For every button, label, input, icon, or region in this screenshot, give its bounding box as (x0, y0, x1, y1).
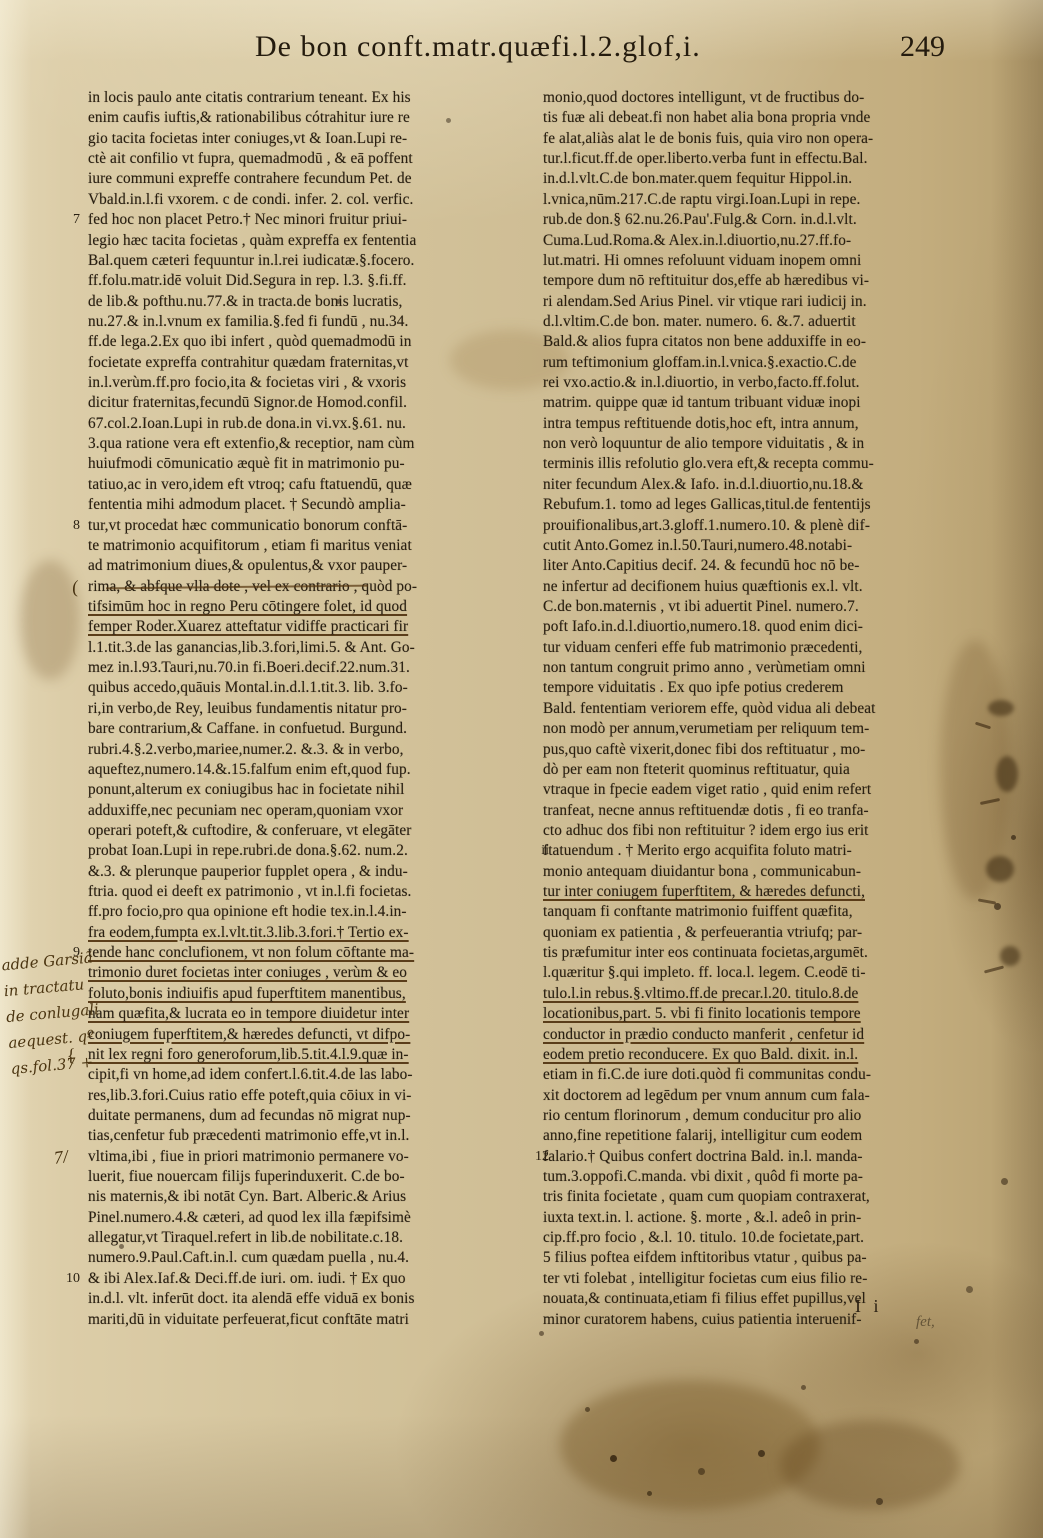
text-line: liter Anto.Capitius decif. 24. & fecundū… (543, 556, 1005, 576)
text-line: tur,vt procedat hæc communicatio bonorum… (88, 516, 540, 536)
text-line: ctè ait confilio vt fupra, quemadmodū , … (88, 149, 540, 169)
text-line: dicitur fraternitas,fecundū Signor.de Ho… (88, 393, 540, 413)
marginal-note: adde Garsiãin tractatude conlugaliaeques… (1, 944, 108, 1082)
text-line: monio,quod doctores intelligunt, vt de f… (543, 88, 1005, 108)
text-line: probat Ioan.Lupi in repe.rubri.de dona.§… (88, 841, 540, 861)
handwritten-mark: ( (71, 576, 80, 598)
text-line: & ibi Alex.Iaf.& Deci.ff.de iuri. om. iu… (88, 1269, 540, 1289)
text-line: mez in.l.93.Tauri,nu.70.in fi.Boeri.deci… (88, 658, 540, 678)
text-line: ff.folu.matr.idē voluit Did.Segura in re… (88, 271, 540, 291)
text-line: legio hæc tacita focietas , quàm expreff… (88, 231, 540, 251)
catchword: fet, (916, 1314, 935, 1331)
text-line: ter vti folebat , intelligitur focietas … (543, 1269, 1005, 1289)
text-line: tur viduam cenferi effe fub matrimonio p… (543, 638, 1005, 658)
text-line: tranfeat, necne annus reftituendæ dotis … (543, 801, 1005, 821)
text-line: non modò per annum,verumetiam per reliqu… (543, 719, 1005, 739)
text-line: ri,in verbo,de Rey, leuibus fundamentis … (88, 699, 540, 719)
text-line: Bald. fententiam veriorem effe, quòd vid… (543, 699, 1005, 719)
text-line: bare contrarium,& Caffane. in confuetud.… (88, 719, 540, 739)
text-line: ff.de lega.2.Ex quo ibi infert , quòd qu… (88, 332, 540, 352)
text-line: vltima,ibi , fiue in priori matrimonio p… (88, 1147, 540, 1167)
stain (560, 1380, 820, 1510)
text-line: ftria. quod ei deeft ex patrimonio , vt … (88, 882, 540, 902)
margin-paragraph-number: ii (523, 843, 549, 859)
margin-paragraph-number: 12 (523, 1149, 549, 1165)
text-line: fententia mihi admodum placet. † Secundò… (88, 495, 540, 515)
text-line: huiufmodi cōmunicatio æquè fit in matrim… (88, 454, 540, 474)
text-line: fra eodem,fumpta ex.l.vlt.tit.3.lib.3.fo… (88, 923, 540, 943)
handwritten-mark: 7/ (53, 1146, 70, 1169)
text-line: in.d.l. vlt. inferūt doct. ita alendā ef… (88, 1289, 540, 1309)
text-line: l.quæritur §.qui impleto. ff. loca.l. le… (543, 963, 1005, 983)
text-line: anno,fine repetitione falarij, intelligi… (543, 1126, 1005, 1146)
text-line: niter fecundum Alex.& Iafo. in.d.l.diuor… (543, 475, 1005, 495)
text-line: coniugem fuperftitem,& hæredes defuncti,… (88, 1025, 540, 1045)
text-line: ponunt,alterum ex coniugibus hac in foci… (88, 780, 540, 800)
text-line: ad matrimonium diues,& opulentus,& vxor … (88, 556, 540, 576)
text-line: tis præfumitur inter eos continuata foci… (543, 943, 1005, 963)
text-line: eodem pretio reconducere. Ex quo Bald. d… (543, 1045, 1005, 1065)
text-line: foluto,bonis indiuifis apud fuperftitem … (88, 984, 540, 1004)
text-line: fed hoc non placet Petro.† Nec minori fr… (88, 210, 540, 230)
text-line: cutit Anto.Gomez in.l.50.Tauri,numero.48… (543, 536, 1005, 556)
text-line: non verò loquuntur de alio tempore vidui… (543, 434, 1005, 454)
foxing-specks (0, 0, 3, 3)
text-line: etiam in fi.C.de iure doti.quòd fi commu… (543, 1065, 1005, 1085)
text-line: cip.ff.pro focio , &.l. 10. titulo. 10.d… (543, 1228, 1005, 1248)
text-line: ff.pro focio,pro qua opinione eft hodie … (88, 902, 540, 922)
text-line: &.3. & plerunque pauperior fupplet opera… (88, 862, 540, 882)
signature-mark: I i (855, 1296, 883, 1317)
text-line: quibus accedo,quāuis Montal.in.d.l.1.tit… (88, 678, 540, 698)
text-line: tempore dum nō reftituitur dos,effe ab h… (543, 271, 1005, 291)
text-line: nouata,& continuata,etiam fi filius effe… (543, 1289, 1005, 1309)
text-line: terminis illis refolutio glo.vera eft,& … (543, 454, 1005, 474)
scanned-book-page: { "header": { "title": "De bon conft.mat… (0, 0, 1043, 1538)
header-title: De bon conft.matr.quæfi.l.2.glof,i. (255, 30, 701, 64)
text-line: tur.l.ficut.ff.de oper.liberto.verba fun… (543, 149, 1005, 169)
text-line: cto adhuc dos fibi non reftituitur ? ide… (543, 821, 1005, 841)
text-line: tifsimūm hoc in regno Peru cōtingere fol… (88, 597, 540, 617)
text-line: tias,cenfetur fub præcedenti matrimonio … (88, 1126, 540, 1146)
text-line: poft Iafo.in.d.l.diuortio,numero.18. quo… (543, 617, 1005, 637)
margin-paragraph-number: 10 (54, 1271, 80, 1287)
text-line: nit lex regni foro generoforum,lib.5.tit… (88, 1045, 540, 1065)
text-line: intra tempus reftituende dotis,hoc eft, … (543, 414, 1005, 434)
text-line: in.l.verùm.ff.pro focio,ita & focietas v… (88, 373, 540, 393)
text-line: iuxta text.in. l. actione. §. morte , &.… (543, 1208, 1005, 1228)
text-line: rum teftimonium gloffam.in.l.vnica.§.exa… (543, 353, 1005, 373)
text-line: duitate permanens, dum ad fecundas nō mi… (88, 1106, 540, 1126)
text-line: 3.qua ratione vera eft extenfio,& recept… (88, 434, 540, 454)
text-line: locationibus,part. 5. vbi fi finito loca… (543, 1004, 1005, 1024)
text-line: tis fuæ ali debeat.fi non habet alia bon… (543, 108, 1005, 128)
text-line: non tantum congruit primo anno , verùmet… (543, 658, 1005, 678)
text-line: rio centum florinorum , demum conducitur… (543, 1106, 1005, 1126)
text-line: 5 filius poftea eifdem inftitoribus vtat… (543, 1248, 1005, 1268)
right-column: monio,quod doctores intelligunt, vt de f… (543, 88, 1005, 1330)
text-line: tulo.l.in rebus.§.vltimo.ff.de precar.l.… (543, 984, 1005, 1004)
text-line: rei vxo.actio.& in.l.diuortio, in verbo,… (543, 373, 1005, 393)
text-line: numero.9.Paul.Caft.in.l. cum quædam puel… (88, 1248, 540, 1268)
text-line: focietate expreffa contrahitur quædam fr… (88, 353, 540, 373)
left-column: in locis paulo ante citatis contrarium t… (88, 88, 540, 1330)
text-line: fe alat,aliàs alat le de bonis fuis, qui… (543, 129, 1005, 149)
text-line: aqueftez,numero.14.&.15.falfum enim eft,… (88, 760, 540, 780)
text-line: l.1.tit.3.de las ganancias,lib.3.fori,li… (88, 638, 540, 658)
text-line: C.de bon.maternis , vt ibi aduertit Pine… (543, 597, 1005, 617)
text-line: in locis paulo ante citatis contrarium t… (88, 88, 540, 108)
text-line: prouifionalibus,art.3.gloff.1.numero.10.… (543, 516, 1005, 536)
text-line: tris finita focietate , quam cum quopiam… (543, 1187, 1005, 1207)
text-line: d.l.vltim.C.de bon. mater. numero. 6. &.… (543, 312, 1005, 332)
text-line: femper Roder.Xuarez atteftatur vidiffe p… (88, 617, 540, 637)
text-line: vtraque in fpecie eadem viget ratio , qu… (543, 780, 1005, 800)
text-line: conductor in prædio conducto manferit , … (543, 1025, 1005, 1045)
text-line: tum.3.oppofi.C.manda. vbi dixit , quôd f… (543, 1167, 1005, 1187)
text-line: falario.† Quibus confert doctrina Bald. … (543, 1147, 1005, 1167)
text-line: adduxiffe,nec pecuniam nec operam,quonia… (88, 801, 540, 821)
text-line: ne infertur ad decifionem huius quæftion… (543, 577, 1005, 597)
text-line: minor curatorem habens, cuius patientia … (543, 1310, 1005, 1330)
text-line: enim caufis iuftis,& rationabilibus cótr… (88, 108, 540, 128)
text-line: quoniam ex patientia , & perfeuerantia v… (543, 923, 1005, 943)
text-line: ftatuendum . † Merito ergo acquifita fol… (543, 841, 1005, 861)
text-line: tur inter coniugem fuperftitem, & hærede… (543, 882, 1005, 902)
text-line: lut.matri. Hi omnes refoluunt viduam ino… (543, 251, 1005, 271)
text-line: tatiuo,ac in vero,idem eft vtroq; cafu f… (88, 475, 540, 495)
text-line: pus,quo caftè vixerit,donec fibi dos ref… (543, 740, 1005, 760)
text-line: luerit, fiue nouercam filijs fuperinduxe… (88, 1167, 540, 1187)
text-line: monio antequam diuidantur bona , communi… (543, 862, 1005, 882)
text-line: tempore viduitatis . Ex quo ipfe potius … (543, 678, 1005, 698)
text-line: tende hanc conclufionem, vt non folum cō… (88, 943, 540, 963)
text-line: nam quæfita,& lucrata eo in tempore diui… (88, 1004, 540, 1024)
margin-paragraph-number: 8 (54, 518, 80, 534)
text-line: gio tacita focietas inter coniuges,vt & … (88, 129, 540, 149)
text-line: in.d.l.vlt.C.de bon.mater.quem fequitur … (543, 169, 1005, 189)
text-line: rubri.4.§.2.verbo,mariee,numer.2. &.3. &… (88, 740, 540, 760)
text-line: rub.de don.§ 62.nu.26.Pau'.Fulg.& Corn. … (543, 210, 1005, 230)
text-line: ri alendam.Sed Arius Pinel. vir vtique r… (543, 292, 1005, 312)
stain (780, 1420, 960, 1510)
text-line: matrim. quippe quæ id tantum tribuant vi… (543, 393, 1005, 413)
text-line: dò per eam non fteterit quominus reftitu… (543, 760, 1005, 780)
text-line: Cuma.Lud.Roma.& Alex.in.l.diuortio,nu.27… (543, 231, 1005, 251)
text-line: xit doctorem ad legēdum per vnum annum c… (543, 1086, 1005, 1106)
text-line: operari poteft,& cuftodire, & conferuare… (88, 821, 540, 841)
text-line: mariti,dū in viduitate perfeuerat,ficut … (88, 1310, 540, 1330)
text-line: allegatur,vt Tiraquel.refert in lib.de n… (88, 1228, 540, 1248)
text-line: tanquam fi conftante matrimonio fuiffent… (543, 902, 1005, 922)
text-line: 67.col.2.Ioan.Lupi in rub.de dona.in vi.… (88, 414, 540, 434)
text-line: te matrimonio acquifitorum , etiam fi ma… (88, 536, 540, 556)
text-line: Pinel.numero.4.& cæteri, ad quod lex ill… (88, 1208, 540, 1228)
text-line: de lib.& pofthu.nu.77.& in tracta.de bon… (88, 292, 540, 312)
text-line: rima, & abfque vlla dote , vel ex contra… (88, 577, 540, 597)
margin-paragraph-number: 7 (54, 212, 80, 228)
page-number: 249 (900, 30, 945, 64)
text-line: l.vnica,nūm.217.C.de raptu virgi.Ioan.Lu… (543, 190, 1005, 210)
text-line: Bald.& alios fupra citatos non bene addu… (543, 332, 1005, 352)
text-line: iure communi expreffe contrahere fecundu… (88, 169, 540, 189)
text-line: Vbald.in.l.fi vxorem. c de condi. infer.… (88, 190, 540, 210)
text-line: cipit,fi vn home,ad idem confert.l.6.tit… (88, 1065, 540, 1085)
text-line: res,lib.3.fori.Cuius ratio effe poteft,q… (88, 1086, 540, 1106)
text-line: Bal.quem cæteri fequuntur in.l.rei iudic… (88, 251, 540, 271)
text-line: Rebufum.1. tomo ad leges Gallicas,titul.… (543, 495, 1005, 515)
text-line: nu.27.& in.l.vnum ex familia.§.fed fi fu… (88, 312, 540, 332)
running-header: De bon conft.matr.quæfi.l.2.glof,i. 249 (0, 30, 1043, 78)
text-line: nis maternis,& ibi notāt Cyn. Bart. Albe… (88, 1187, 540, 1207)
text-line: trimonio duret focietas inter coniuges ,… (88, 963, 540, 983)
